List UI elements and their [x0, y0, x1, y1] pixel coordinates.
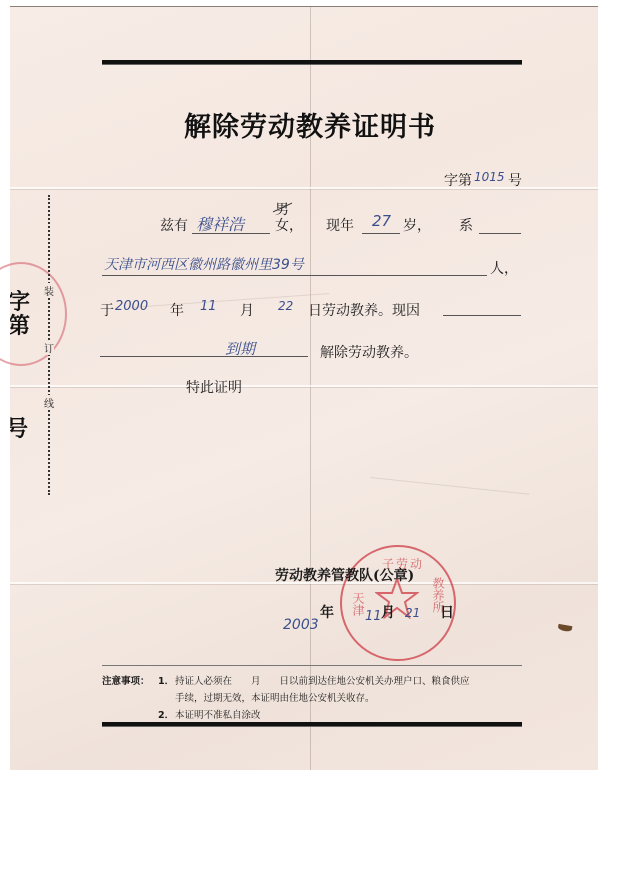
- issue-month-label: 月: [381, 602, 395, 622]
- issue-year-label: 年: [320, 602, 334, 622]
- crease: [130, 293, 330, 308]
- line1-lead: 兹有: [160, 215, 188, 235]
- top-rule: [102, 60, 522, 65]
- serial-number: 1015: [474, 170, 505, 184]
- notes-label: 注意事项：: [102, 673, 150, 687]
- notes-item1-line2: 手续，过期无效，本证明由住地公安机关收存。: [175, 690, 375, 704]
- reason-underline-2: [100, 356, 308, 357]
- detention-year: 2000: [115, 299, 148, 314]
- age-label: 现年: [326, 215, 354, 235]
- issue-year: 2003: [283, 617, 319, 633]
- notes-item2: 本证明不准私自涂改: [175, 707, 261, 721]
- age-unit: 岁，: [403, 215, 431, 235]
- detention-month: 11: [200, 299, 217, 314]
- address-underline: [102, 275, 487, 276]
- notes-top-rule: [102, 665, 522, 666]
- gender-female-option: 女，: [275, 215, 303, 235]
- line4-text: 解除劳动教养。: [320, 342, 418, 362]
- reason-underline-1: [443, 315, 521, 316]
- issue-day: 21: [405, 606, 420, 620]
- month-label: 月: [240, 300, 254, 320]
- age-value: 27: [372, 212, 391, 230]
- issuer: 劳动教养管教队(公章): [275, 565, 414, 585]
- origin-underline: [479, 233, 521, 234]
- stub-fragment-bottom: 号: [10, 412, 28, 443]
- issue-month: 11: [365, 609, 382, 624]
- name-underline: [192, 233, 270, 234]
- serial-prefix: 字第: [444, 170, 472, 190]
- horizontal-fold: [10, 385, 598, 387]
- crease: [370, 477, 529, 495]
- official-seal: 天津市…子劳动教养管理所 子劳动 天津 教养所: [340, 545, 456, 661]
- year-label: 年: [170, 300, 184, 320]
- address: 天津市河西区徽州路徽州里39号: [104, 254, 304, 274]
- person-name: 穆祥浩: [196, 212, 244, 235]
- notes-item1-line1: 持证人必须在 月 日以前到达住地公安机关办理户口、粮食供应: [175, 673, 470, 687]
- line3-lead: 于: [100, 300, 114, 320]
- serial-suffix: 号: [508, 170, 522, 190]
- closing-text: 特此证明: [186, 377, 242, 397]
- line3-text: 日劳动教养。现因: [308, 300, 420, 320]
- binding-char: 装: [44, 283, 54, 298]
- detention-day: 22: [278, 299, 293, 313]
- notes-item1-num: 1．: [158, 673, 174, 687]
- origin-label: 系: [459, 215, 473, 235]
- stub-fragment-top: 字第: [10, 290, 30, 338]
- bottom-rule: [102, 722, 522, 727]
- notes-item2-num: 2．: [158, 707, 174, 721]
- document-title: 解除劳动教养证明书: [0, 105, 620, 144]
- binding-char: 订: [44, 340, 54, 355]
- age-underline: [362, 233, 400, 234]
- issue-day-label: 日: [440, 602, 454, 622]
- line2-suffix: 人，: [490, 258, 518, 278]
- binding-char: 线: [44, 395, 54, 410]
